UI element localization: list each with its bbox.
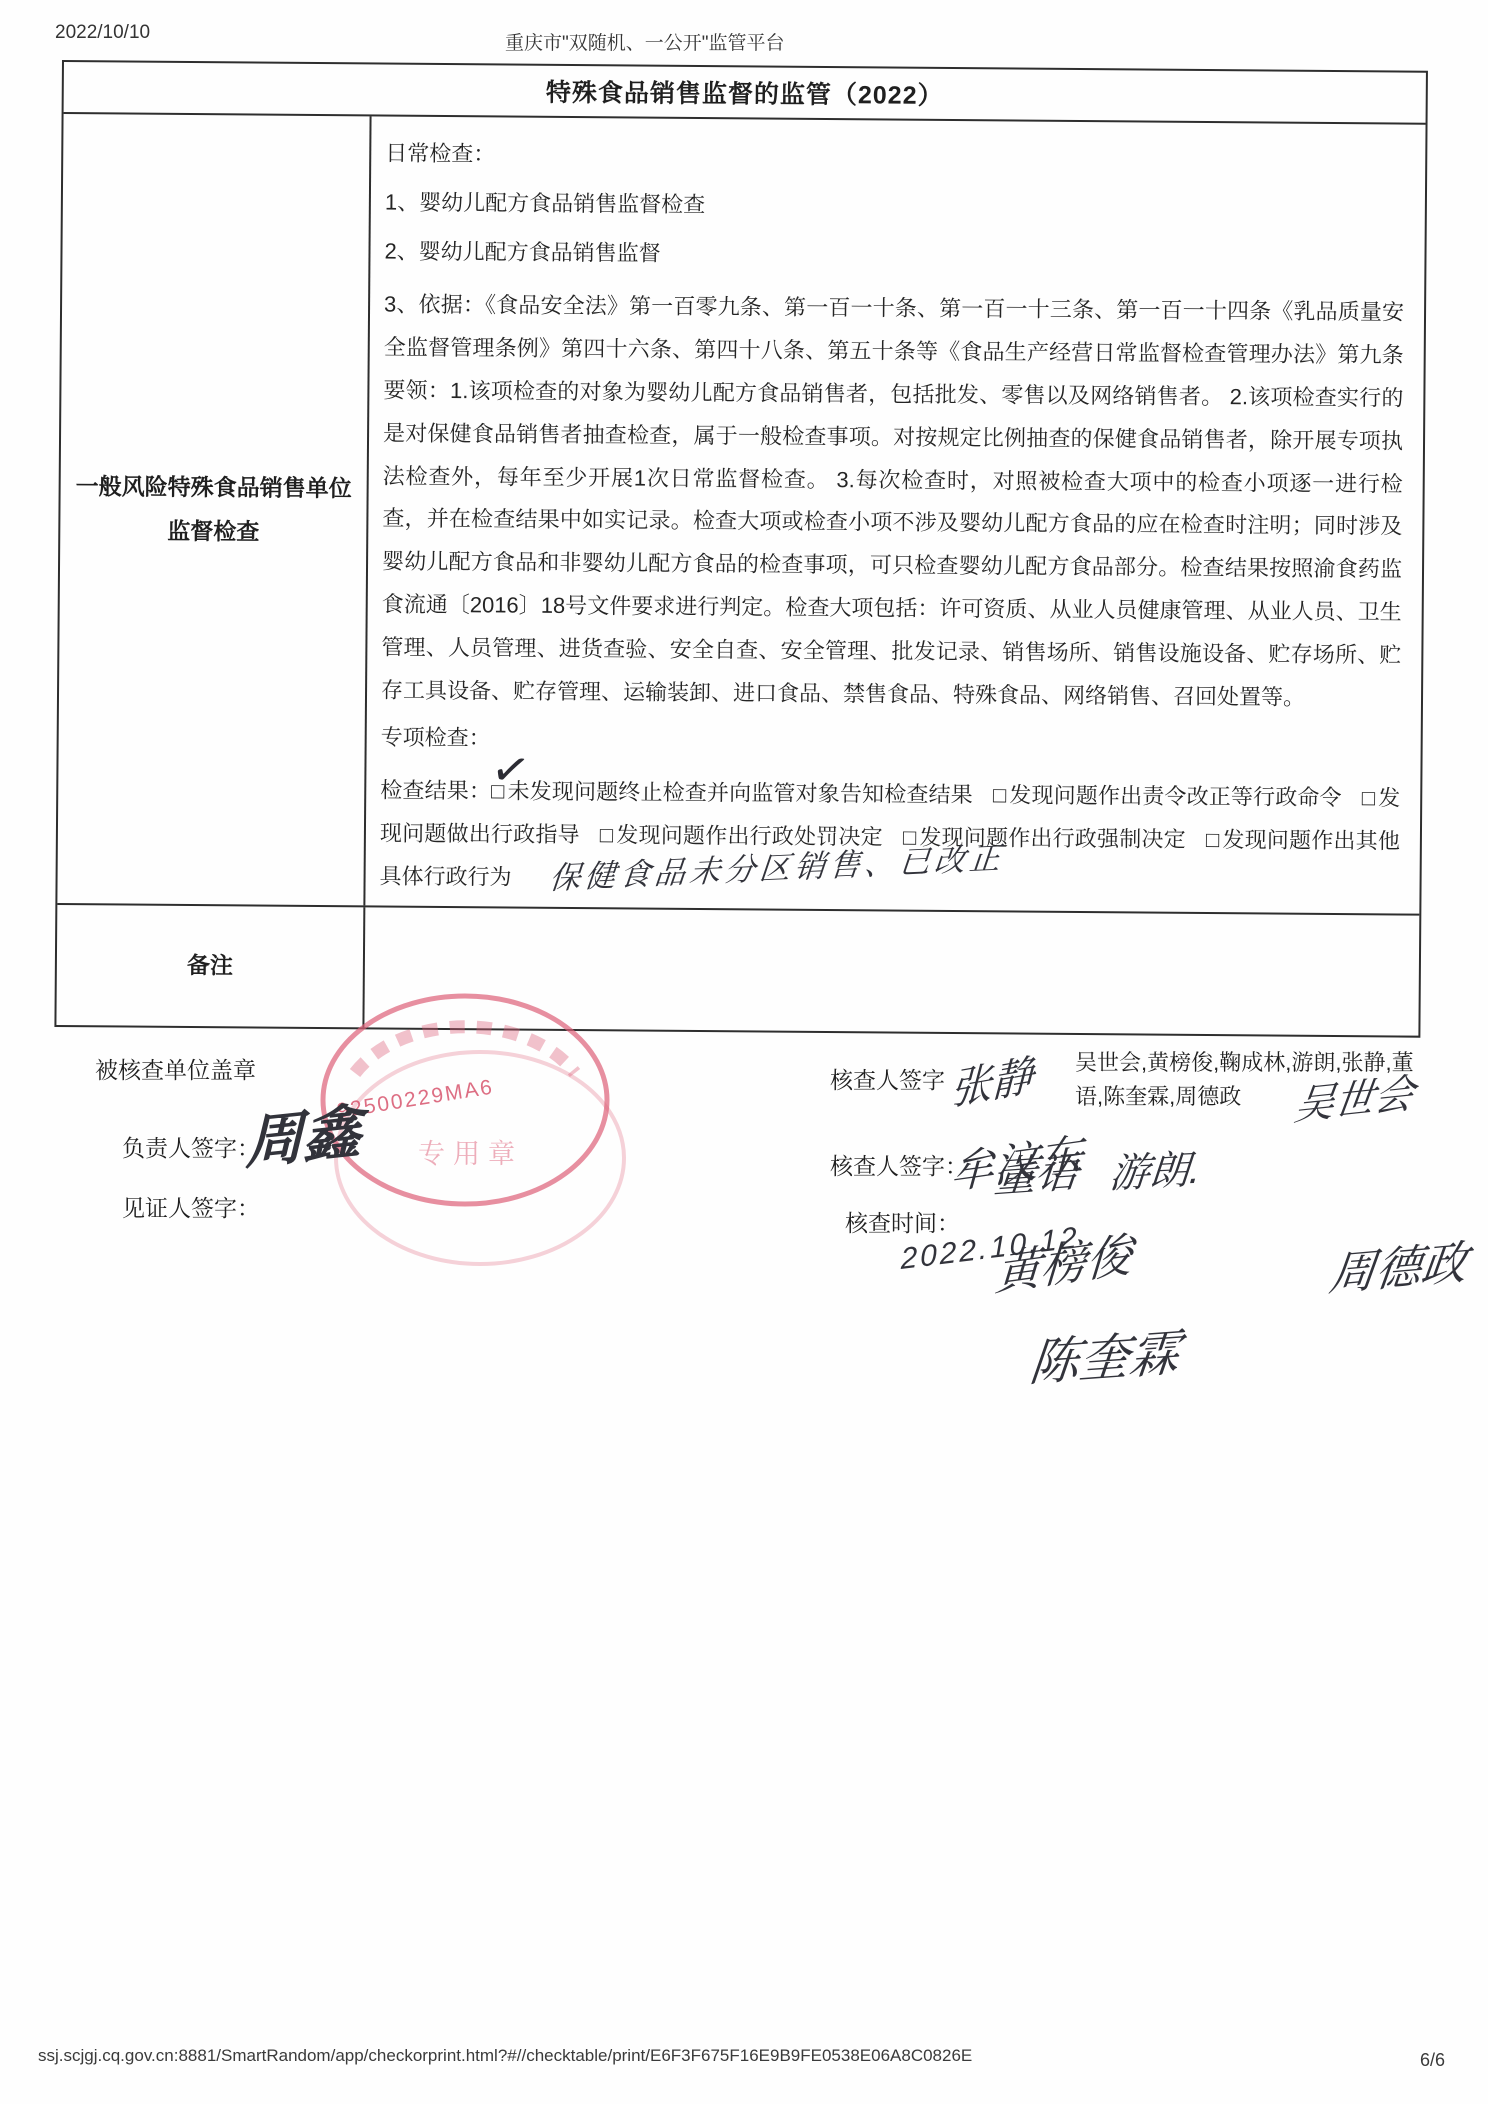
result-option: □✓未发现问题终止检查并向监管对象告知检查结果 [491,778,973,807]
daily-check-item-1: 1、婴幼儿配方食品销售监督检查 [385,186,1405,227]
handwritten-signature-zhoudezheng: 周德政 [1326,1226,1472,1305]
footer-url: ssj.scjgj.cq.gov.cn:8881/SmartRandom/app… [38,2046,972,2066]
check-time-label: 核查时间： [845,1205,960,1238]
row-label-cell: 一般风险特殊食品销售单位监督检查 [57,114,371,905]
checkbox-icon: □ [1362,777,1376,820]
result-prefix: 检查结果： [380,777,491,803]
site-header-title: 重庆市"双随机、一公开"监管平台 [505,28,785,55]
print-date: 2022/10/10 [55,22,150,44]
witness-sign-label: 见证人签字： [122,1190,260,1223]
handwritten-signature-wushihui: 吴世会 [1291,1061,1419,1132]
handwritten-checkmark-icon: ✓ [487,743,533,795]
special-check-heading: 专项检查： [381,720,1401,761]
checkbox-icon: □ [1206,819,1220,862]
handwritten-signature-chenkuilin: 陈奎霖 [1026,1312,1183,1395]
daily-check-item-2: 2、婴幼儿配方食品销售监督 [384,235,1404,276]
handwritten-signature-youlang: 游朗. [1108,1137,1204,1199]
handwritten-signature-dongyu: 董语 [992,1139,1082,1205]
checkbox-icon: □ [993,774,1007,817]
daily-check-heading: 日常检查： [385,137,1405,178]
checkbox-icon: □✓ [491,770,505,813]
basis-paragraph: 3、依据：《食品安全法》第一百零九条、第一百一十条、第一百一十三条、第一百一十四… [381,284,1404,721]
footer-page-number: 6/6 [1420,2050,1445,2071]
inspector-handwritten-signature-1: 张静 [950,1042,1035,1118]
inspection-content-cell: 日常检查： 1、婴幼儿配方食品销售监督检查 2、婴幼儿配方食品销售监督 3、依据… [365,116,1425,913]
manager-handwritten-signature: 周鑫 [245,1084,360,1181]
inspector-sign-label-2: 核查人签字： [830,1148,968,1181]
manager-sign-label: 负责人签字： [122,1130,260,1163]
seal-label: 专用章 [418,1139,523,1169]
result-option: □发现问题作出责令改正等行政命令 [993,782,1342,810]
inspection-table: 特殊食品销售监督的监管（2022） 一般风险特殊食品销售单位监督检查 日常检查：… [54,60,1428,1038]
scanned-print-page: 2022/10/10 重庆市"双随机、一公开"监管平台 特殊食品销售监督的监管（… [0,0,1488,2104]
inspector-sign-label-1: 核查人签字 [830,1062,945,1095]
seal-arc-text [355,1027,575,1073]
stamped-unit-label: 被核查单位盖章 [95,1052,256,1085]
